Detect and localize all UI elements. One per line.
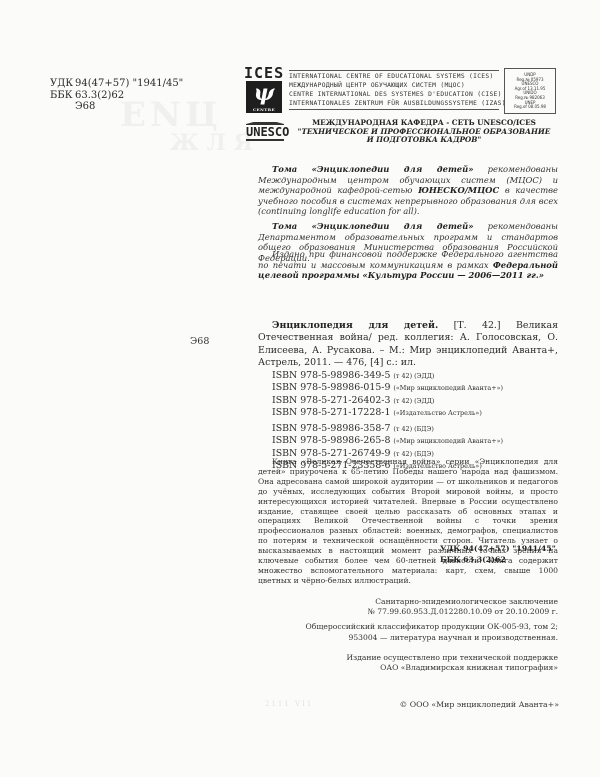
ices-emblem-icon: ψ CENTRE — [246, 81, 282, 113]
recommendation-icos: Тома «Энциклопедии для детей» рекомендов… — [258, 164, 558, 217]
isbn-item: ISBN 978-5-98986-358-7 (т 42) (БДЭ) — [272, 423, 558, 436]
isbn-item: ISBN 978-5-98986-349-5 (т 42) (ЭДД) — [272, 370, 558, 383]
isbn-item: ISBN 978-5-98986-015-9 («Мир энциклопеди… — [272, 382, 558, 395]
unesco-chair-title: МЕЖДУНАРОДНАЯ КАФЕДРА - СЕТЬ UNESCO/ICES… — [294, 119, 554, 145]
biblio-description: Энциклопедия для детей. [Т. 42.] Великая… — [258, 320, 558, 370]
bottom-classification: УДК 94(47+57) "1941/45" ББК 63.3(2)62 — [440, 543, 556, 565]
copyright: © ООО «Мир энциклопедий Аванта+» — [399, 700, 559, 709]
ices-name-lines: INTERNATIONAL CENTRE OF EDUCATIONAL SYST… — [289, 70, 499, 110]
publication-notes: Санитарно-эпидемиологическое заключение№… — [268, 597, 558, 678]
printing-support: Издание осуществлено при технической под… — [268, 653, 558, 673]
sanitary-conclusion: Санитарно-эпидемиологическое заключение№… — [268, 597, 558, 617]
author-mark: Э68 — [50, 101, 183, 113]
book-annotation: Книга «Великая Отечественная война» сери… — [258, 457, 558, 586]
unesco-emblem-icon: UNESCO — [246, 119, 284, 146]
isbn-item: ISBN 978-5-271-26402-3 (т 42) (ЭДД) — [272, 395, 558, 408]
bbk-code: ББК63.3(2)62 — [50, 90, 183, 102]
bibliographic-record: Энциклопедия для детей. [Т. 42.] Великая… — [258, 320, 558, 473]
bottom-bbk: ББК 63.3(2)62 — [440, 554, 556, 565]
classification-codes: УДК94(47+57) "1941/45" ББК63.3(2)62 Э68 — [50, 78, 183, 113]
biblio-author-mark: Э68 — [190, 336, 209, 347]
funding-note: Издано при финансовой поддержке Федераль… — [258, 249, 558, 281]
isbn-item: ISBN 978-5-271-17228-1 («Издательство Ас… — [272, 407, 558, 420]
isbn-item: ISBN 978-5-98986-265-8 («Мир энциклопеди… — [272, 435, 558, 448]
ices-header: ICES ψ CENTRE INTERNATIONAL CENTRE OF ED… — [242, 64, 558, 148]
product-classifier: Общероссийский классификатор продукции О… — [268, 622, 558, 642]
udk-code: УДК94(47+57) "1941/45" — [50, 78, 183, 90]
temple-roof-icon — [246, 119, 284, 124]
registration-box: UNDP Reg.№ 05973 UNESCO Agr.of 13.11.95 … — [504, 68, 556, 114]
bottom-udk: УДК 94(47+57) "1941/45" — [440, 543, 556, 554]
bleed-through-mark: 2111 VI1 — [265, 700, 313, 708]
bleed-through-text: Ж Л Я — [170, 130, 253, 156]
